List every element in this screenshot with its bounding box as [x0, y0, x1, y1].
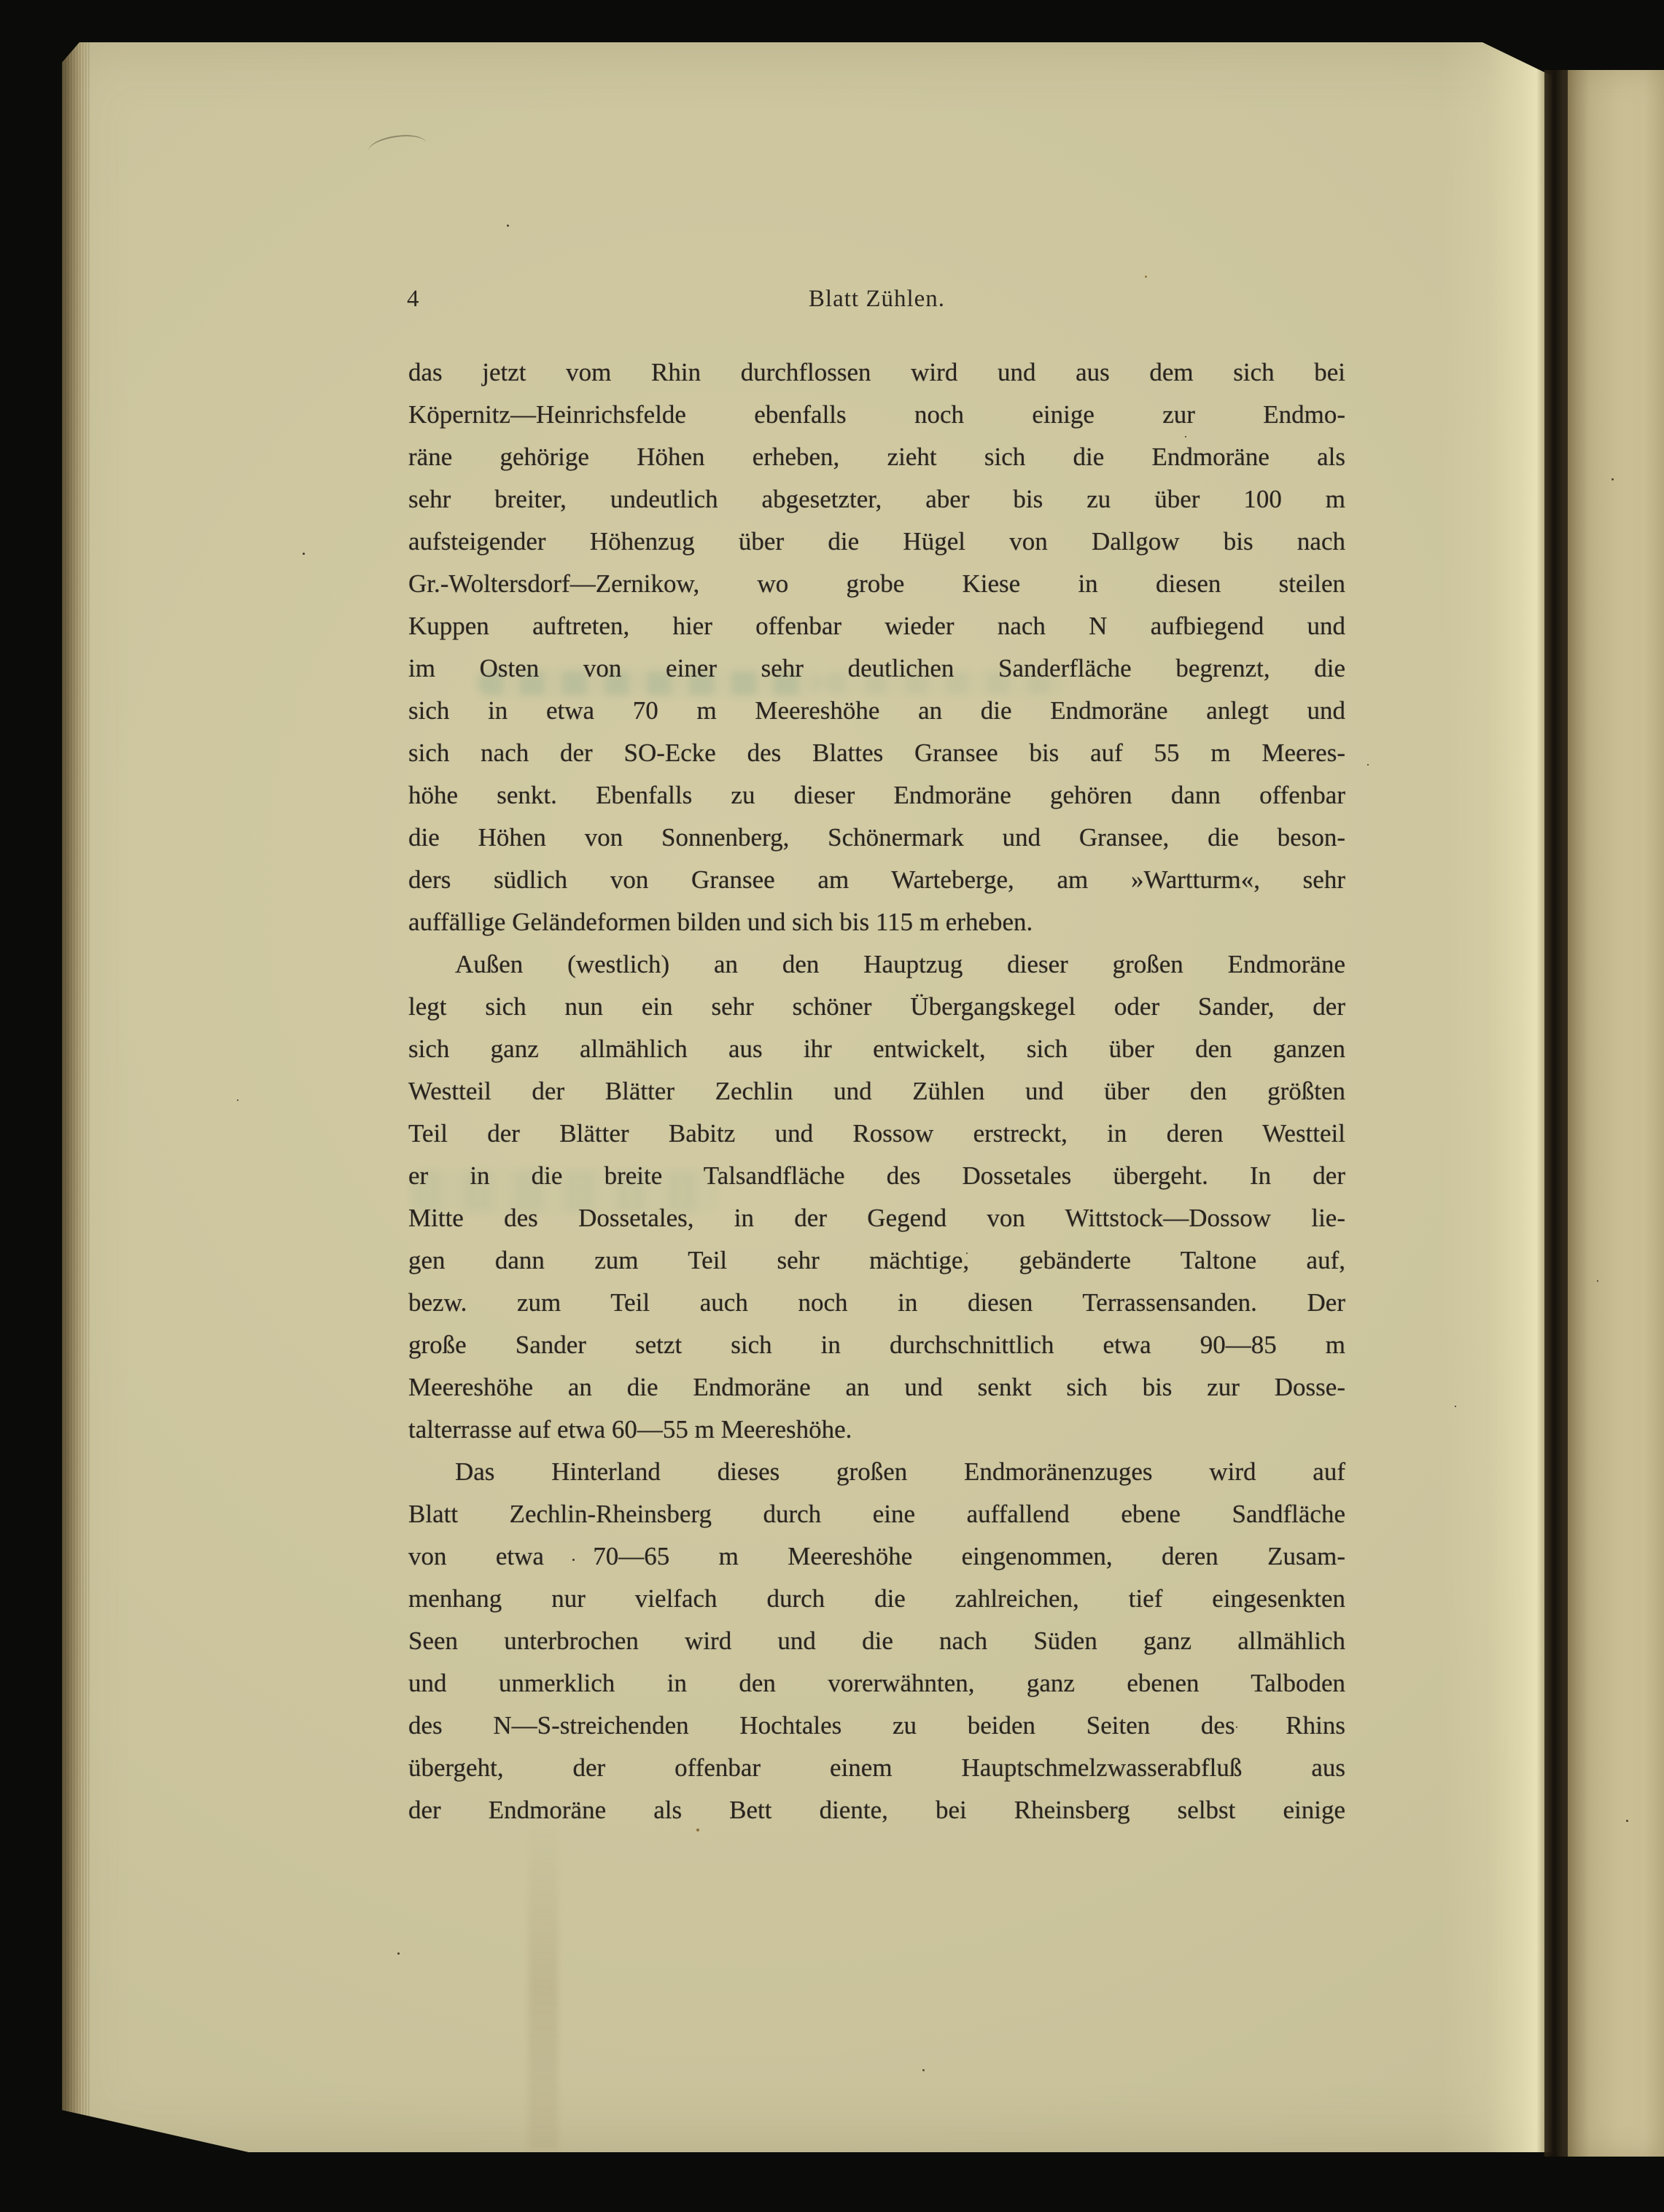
text-line: Außen (westlich) an den Hauptzug dieser …	[408, 943, 1345, 986]
text-line: auffällige Geländeformen bilden und sich…	[408, 901, 1345, 943]
paper-speck	[237, 1099, 238, 1101]
text-line: Das Hinterland dieses großen Endmoränenz…	[408, 1451, 1345, 1493]
text-line: höhe senkt. Ebenfalls zu dieser Endmorän…	[408, 774, 1345, 817]
text-line: aufsteigender Höhenzug über die Hügel vo…	[408, 521, 1345, 563]
text-line: sich in etwa 70 m Meereshöhe an die Endm…	[408, 690, 1345, 732]
paper-speck	[1367, 764, 1369, 766]
paper-speck	[303, 553, 305, 555]
text-line: die Höhen von Sonnenberg, Schönermark un…	[408, 817, 1345, 859]
text-line: Westteil der Blätter Zechlin und Zühlen …	[408, 1070, 1345, 1113]
paper-crease	[529, 1821, 558, 2149]
text-line: der Endmoräne als Bett diente, bei Rhein…	[408, 1789, 1345, 1831]
text-line: Köpernitz—Heinrichsfelde ebenfalls noch …	[408, 394, 1345, 436]
text-line: sich ganz allmählich aus ihr entwickelt,…	[408, 1028, 1345, 1070]
text-line: bezw. zum Teil auch noch in diesen Terra…	[408, 1282, 1345, 1324]
adjacent-page-edge	[1568, 70, 1664, 2157]
text-line: das jetzt vom Rhin durchflossen wird und…	[408, 351, 1345, 394]
text-line: Kuppen auftreten, hier offenbar wieder n…	[408, 605, 1345, 647]
paper-speck	[1611, 478, 1614, 480]
text-line: räne gehörige Höhen erheben, zieht sich …	[408, 436, 1345, 478]
page-header: 4 Blatt Zühlen.	[408, 286, 1345, 318]
page-edge-stack	[62, 42, 90, 2152]
text-line: Blatt Zechlin-Rheinsberg durch eine auff…	[408, 1493, 1345, 1535]
text-line: übergeht, der offenbar einem Hauptschmel…	[408, 1747, 1345, 1789]
text-block: das jetzt vom Rhin durchflossen wird und…	[408, 351, 1345, 1831]
page-number: 4	[407, 286, 419, 313]
text-line: legt sich nun ein sehr schöner Übergangs…	[408, 986, 1345, 1028]
paper-speck	[1597, 1280, 1598, 1282]
text-line: sich nach der SO-Ecke des Blattes Granse…	[408, 732, 1345, 774]
text-line: Teil der Blätter Babitz und Rossow erstr…	[408, 1113, 1345, 1155]
text-line: und unmerklich in den vorerwähnten, ganz…	[408, 1662, 1345, 1705]
text-line: talterrasse auf etwa 60—55 m Meereshöhe.	[408, 1409, 1345, 1451]
gutter-fold-highlight	[1442, 42, 1552, 2152]
text-line: ders südlich von Gransee am Warteberge, …	[408, 859, 1345, 901]
text-line: des N—S-streichenden Hochtales zu beiden…	[408, 1705, 1345, 1747]
text-line: Mitte des Dossetales, in der Gegend von …	[408, 1197, 1345, 1239]
paper-speck	[1626, 1820, 1628, 1822]
text-line: im Osten von einer sehr deutlichen Sande…	[408, 647, 1345, 690]
text-line: von etwa 70—65 m Meereshöhe eingenommen,…	[408, 1535, 1345, 1578]
scanner-background: 4 Blatt Zühlen. das jetzt vom Rhin durch…	[0, 0, 1664, 2212]
book-page: 4 Blatt Zühlen. das jetzt vom Rhin durch…	[62, 42, 1552, 2152]
text-line: große Sander setzt sich in durchschnittl…	[408, 1324, 1345, 1366]
text-line: er in die breite Talsandfläche des Dosse…	[408, 1155, 1345, 1197]
running-title: Blatt Zühlen.	[408, 286, 1345, 313]
text-line: menhang nur vielfach durch die zahlreich…	[408, 1578, 1345, 1620]
text-line: Seen unterbrochen wird und die nach Süde…	[408, 1620, 1345, 1662]
paper-speck	[1455, 1406, 1456, 1407]
text-line: sehr breiter, undeutlich abgesetzter, ab…	[408, 478, 1345, 521]
text-line: Meereshöhe an die Endmoräne an und senkt…	[408, 1366, 1345, 1409]
paper-speck	[397, 1952, 400, 1955]
page-content: 4 Blatt Zühlen. das jetzt vom Rhin durch…	[408, 42, 1345, 1831]
text-line: Gr.-Woltersdorf—Zernikow, wo grobe Kiese…	[408, 563, 1345, 605]
text-line: gen dann zum Teil sehr mächtige, gebände…	[408, 1239, 1345, 1282]
paper-speck	[922, 2069, 925, 2071]
